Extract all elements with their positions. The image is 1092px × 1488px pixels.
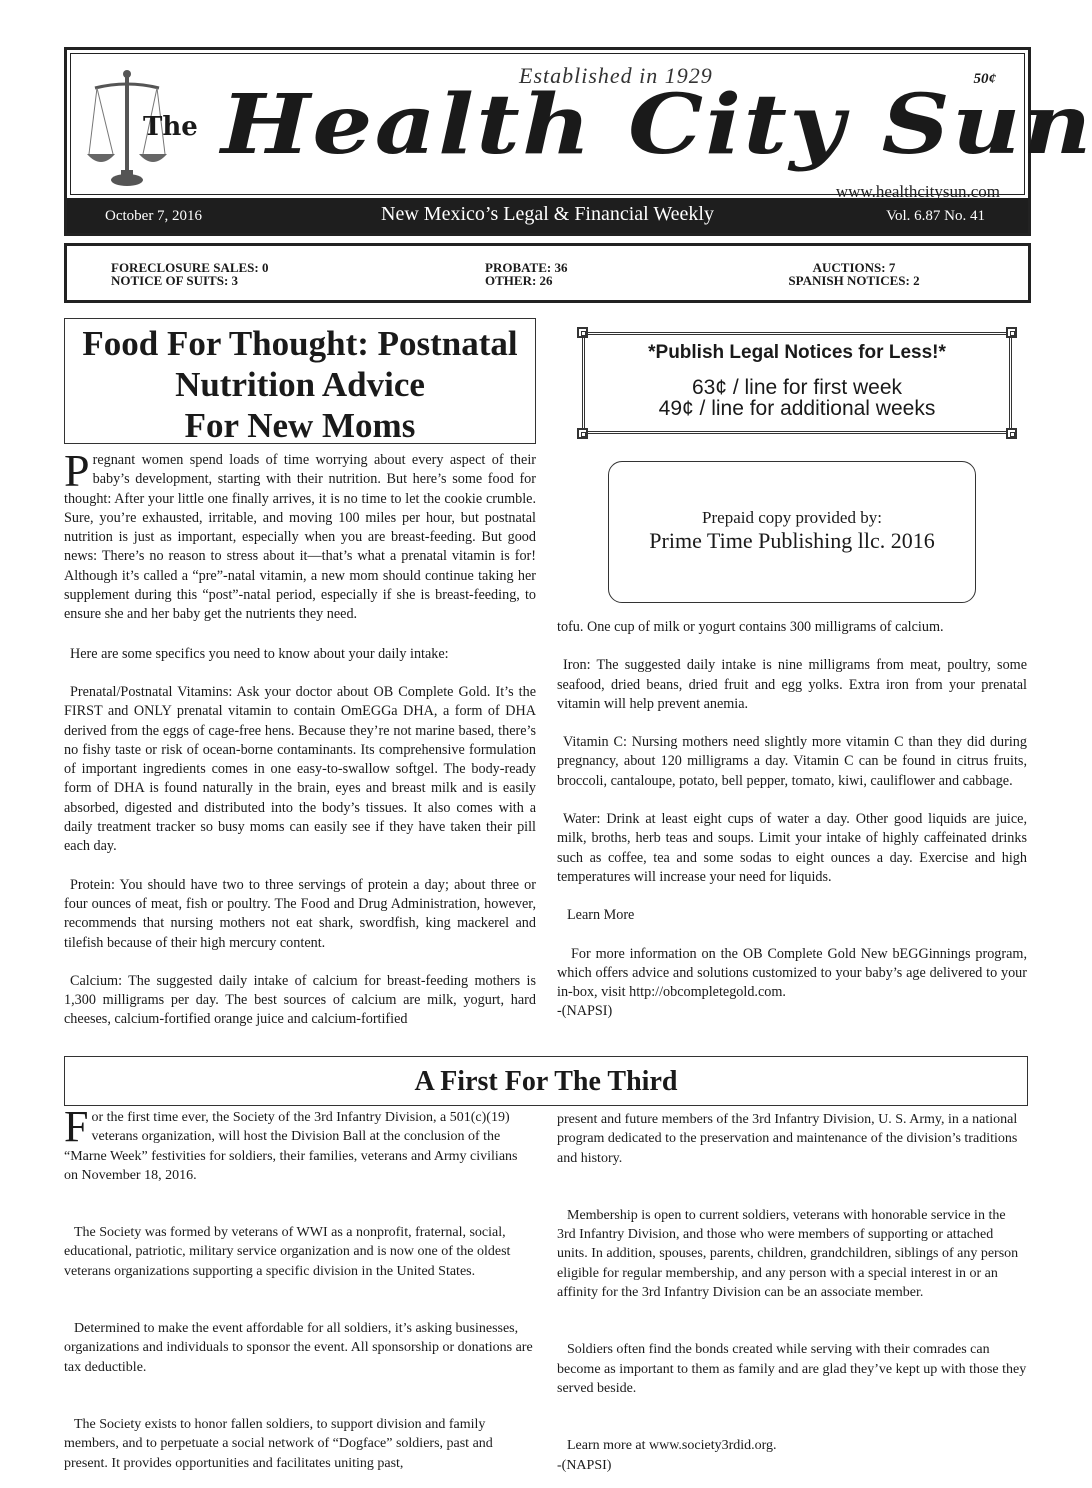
paragraph-text: or the first time ever, the Society of t… <box>64 1110 517 1183</box>
masthead-info-bar: October 7, 2016 New Mexico’s Legal & Fin… <box>67 198 1028 233</box>
article-paragraph: tofu. One cup of milk or yogurt contains… <box>557 618 1027 637</box>
counts-col-middle: PROBATE: 36 OTHER: 26 <box>485 261 567 287</box>
article-paragraph: Prenatal/Postnatal Vitamins: Ask your do… <box>64 683 536 857</box>
drop-cap: P <box>64 453 90 489</box>
notice-counts-box: FORECLOSURE SALES: 0 NOTICE OF SUITS: 3 … <box>64 243 1031 303</box>
headline-line: For New Moms <box>65 405 535 446</box>
article-paragraph: For more information on the OB Complete … <box>557 945 1027 1003</box>
volume-number: Vol. 6.87 No. 41 <box>886 208 985 225</box>
article-paragraph: Membership is open to current soldiers, … <box>557 1206 1027 1302</box>
prepaid-label: Prepaid copy provided by: <box>609 508 975 528</box>
source-credit: -(NAPSI) <box>557 1456 1027 1475</box>
article-paragraph: Water: Drink at least eight cups of wate… <box>557 810 1027 887</box>
article-paragraph: The Society was formed by veterans of WW… <box>64 1223 534 1281</box>
article1-headline: Food For Thought: Postnatal Nutrition Ad… <box>64 318 536 444</box>
learn-more-heading: Learn More <box>557 906 1027 925</box>
paragraph-text: regnant women spend loads of time worryi… <box>64 452 536 622</box>
ornament-corner-icon <box>577 327 588 338</box>
notice-of-suits-count: NOTICE OF SUITS: 3 <box>111 274 268 287</box>
article-paragraph: present and future members of the 3rd In… <box>557 1110 1027 1168</box>
article-paragraph: Here are some specifics you need to know… <box>64 645 536 664</box>
counts-col-right: AUCTIONS: 7 SPANISH NOTICES: 2 <box>759 261 949 287</box>
article-paragraph: Determined to make the event affordable … <box>64 1319 534 1377</box>
article-paragraph: Calcium: The suggested daily intake of c… <box>64 972 536 1030</box>
spanish-notices-count: SPANISH NOTICES: 2 <box>759 274 949 287</box>
prepaid-copy-box: Prepaid copy provided by: Prime Time Pub… <box>608 461 976 603</box>
article2-right-column: present and future members of the 3rd In… <box>557 1110 1027 1475</box>
other-count: OTHER: 26 <box>485 274 567 287</box>
article-paragraph: For the first time ever, the Society of … <box>64 1108 534 1185</box>
ornament-corner-icon <box>1006 327 1017 338</box>
ornament-corner-icon <box>1006 428 1017 439</box>
article2-left-column: For the first time ever, the Society of … <box>64 1108 534 1488</box>
article-paragraph: Soldiers often find the bonds created wh… <box>557 1340 1027 1398</box>
drop-cap: F <box>64 1110 88 1144</box>
tagline: New Mexico’s Legal & Financial Weekly <box>67 203 1028 226</box>
article1-left-column: Pregnant women spend loads of time worry… <box>64 451 536 1049</box>
ornament-corner-icon <box>577 428 588 439</box>
article2-headline: A First For The Third <box>64 1056 1028 1106</box>
source-credit: -(NAPSI) <box>557 1002 1027 1021</box>
masthead-frame: Established in 1929 50¢ The Health City … <box>70 53 1025 195</box>
headline-line: Food For Thought: Postnatal <box>65 323 535 364</box>
learn-more-link[interactable]: Learn more at www.society3rdid.org. <box>557 1436 1027 1455</box>
ad-title: *Publish Legal Notices for Less!* <box>572 342 1022 364</box>
newspaper-title: Health City Sun <box>221 84 1092 166</box>
article-paragraph: Pregnant women spend loads of time worry… <box>64 451 536 625</box>
article-paragraph: The Society exists to honor fallen soldi… <box>64 1415 534 1473</box>
masthead: Established in 1929 50¢ The Health City … <box>64 47 1031 236</box>
masthead-the: The <box>143 112 198 142</box>
article1-right-column: tofu. One cup of milk or yogurt contains… <box>557 618 1027 1022</box>
article-paragraph: Vitamin C: Nursing mothers need slightly… <box>557 733 1027 791</box>
headline-line: Nutrition Advice <box>65 364 535 405</box>
ad-price-additional-weeks: 49¢ / line for additional weeks <box>572 399 1022 419</box>
prepaid-provider: Prime Time Publishing llc. 2016 <box>609 528 975 554</box>
ad-price-first-week: 63¢ / line for first week <box>572 378 1022 398</box>
article-paragraph: Protein: You should have two to three se… <box>64 876 536 953</box>
article-paragraph: Iron: The suggested daily intake is nine… <box>557 656 1027 714</box>
legal-notices-ad: *Publish Legal Notices for Less!* 63¢ / … <box>572 322 1022 444</box>
counts-col-left: FORECLOSURE SALES: 0 NOTICE OF SUITS: 3 <box>111 261 268 287</box>
